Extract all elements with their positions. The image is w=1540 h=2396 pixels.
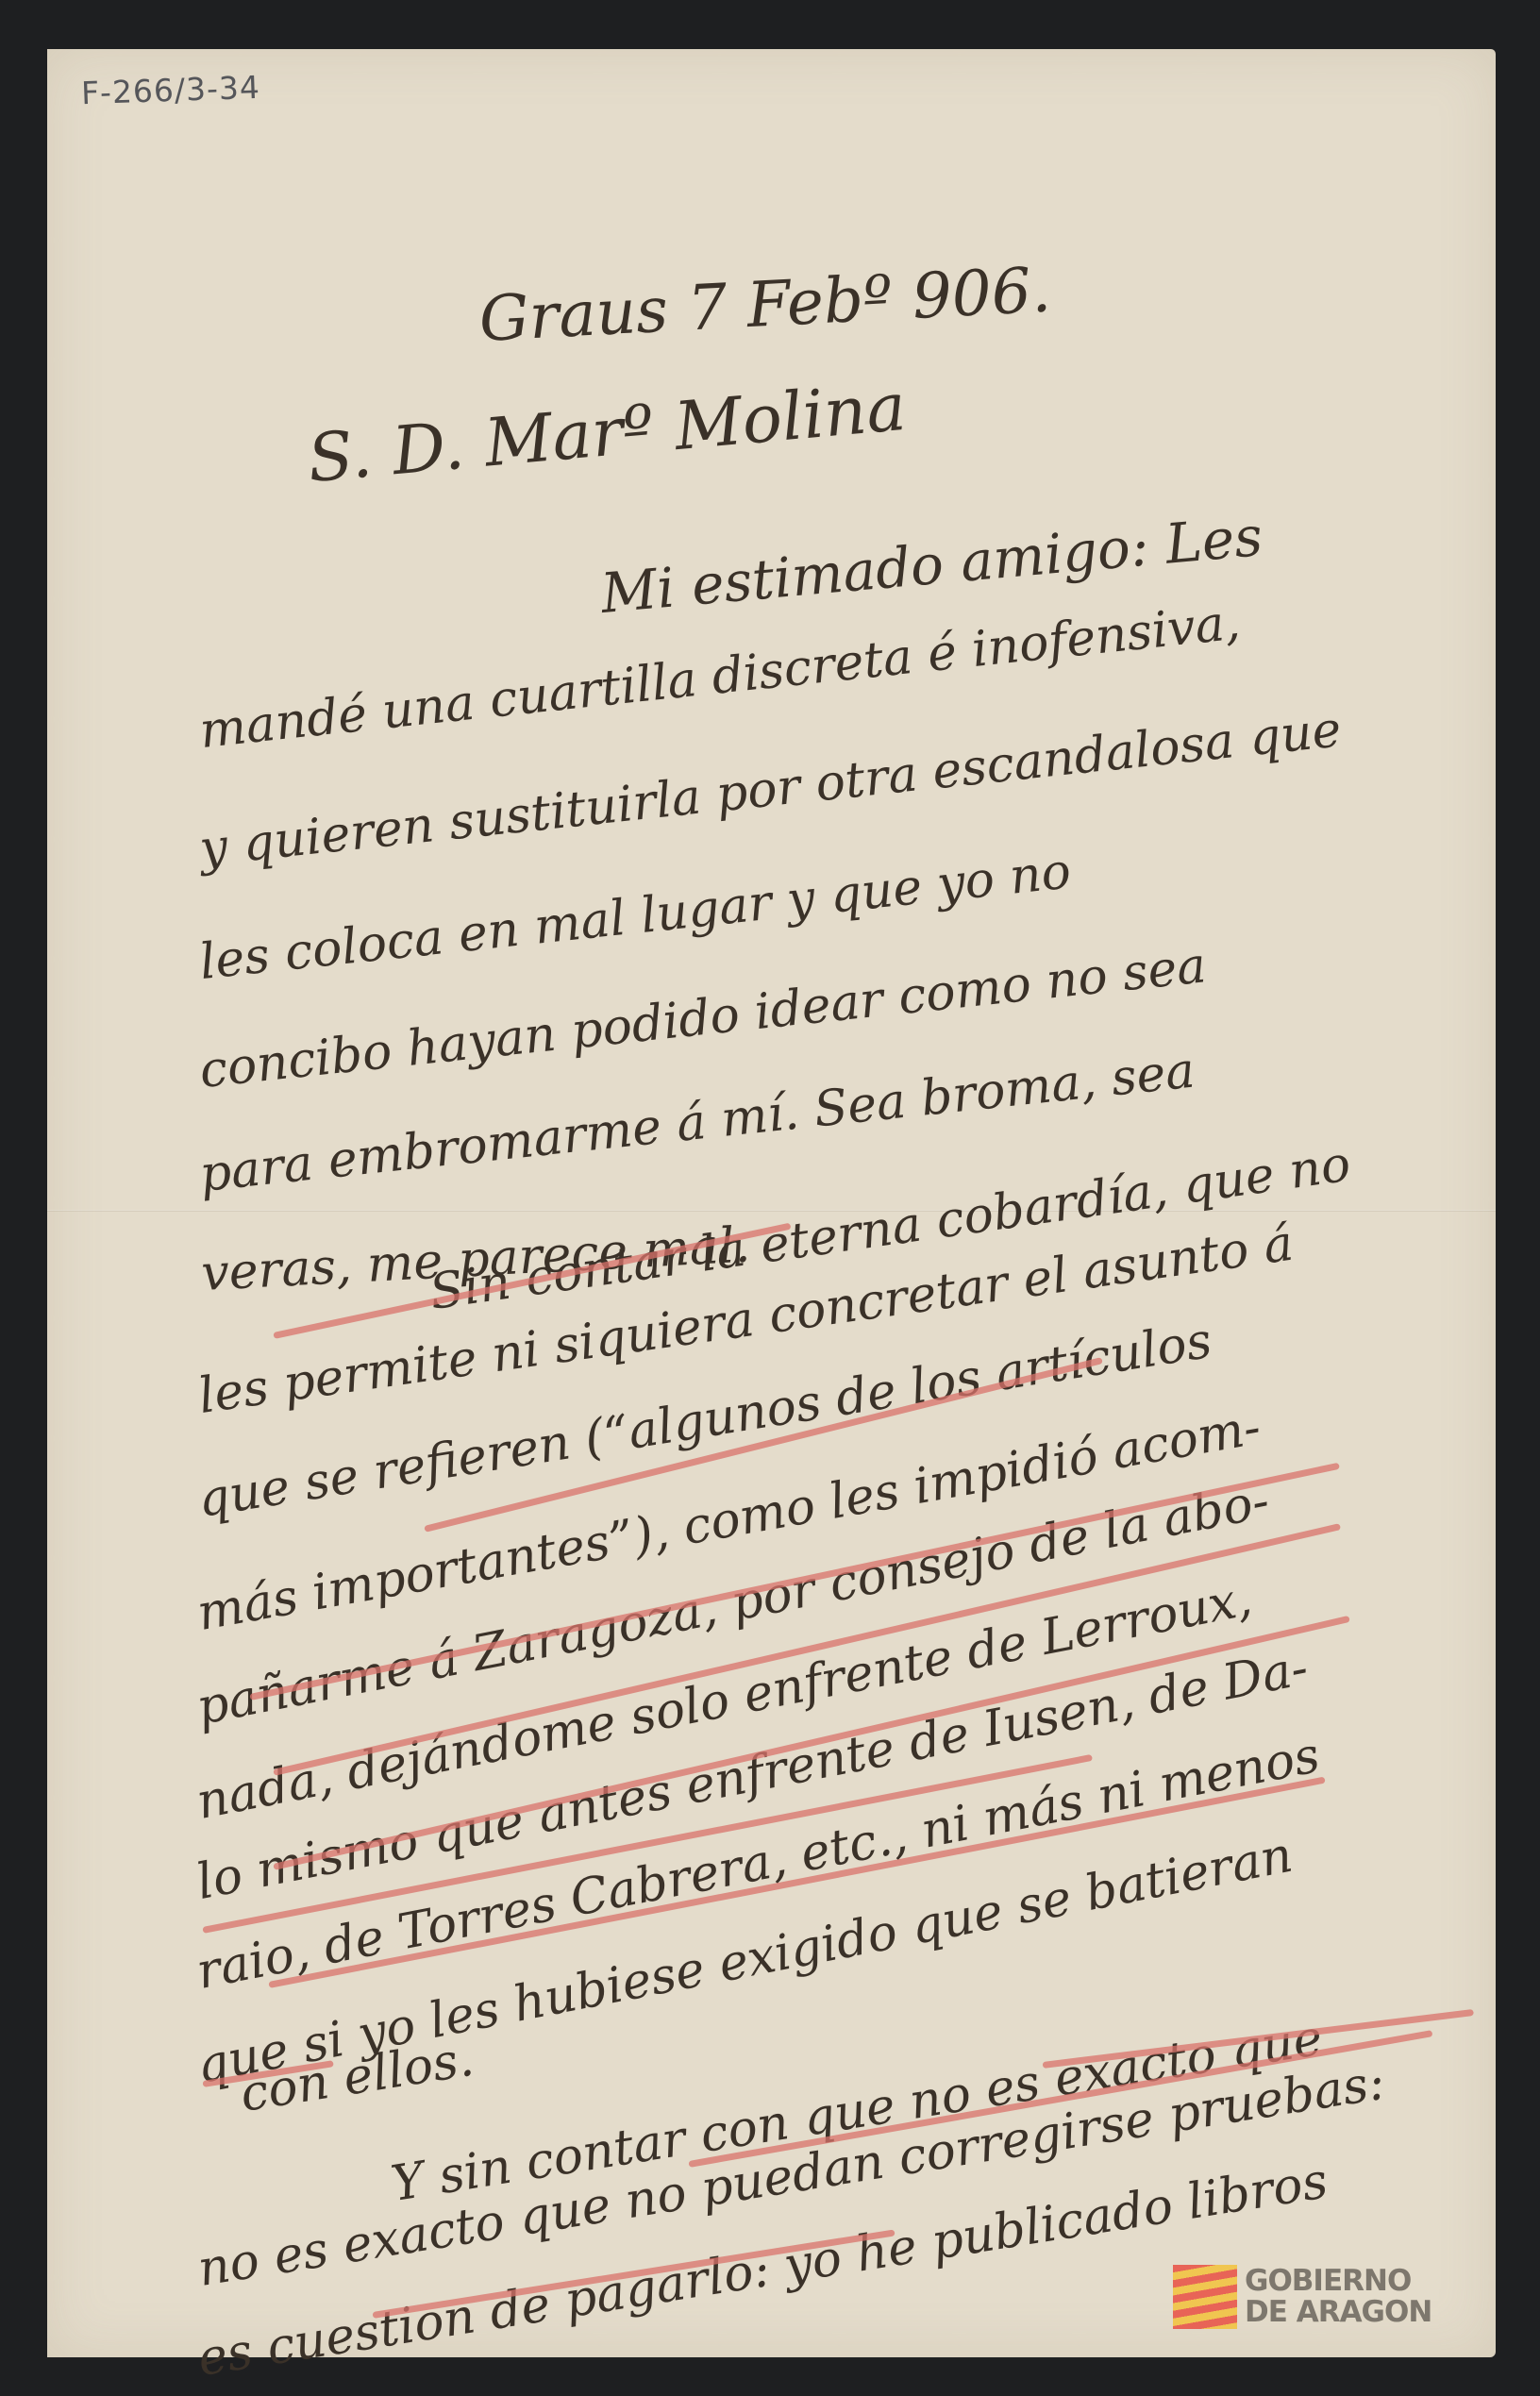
paper-fold-crease	[47, 1210, 1496, 1212]
logo-line-2: DE ARAGON	[1245, 2297, 1431, 2328]
logo-text: GOBIERNO DE ARAGON	[1245, 2266, 1431, 2328]
archive-reference: F-266/3-34	[80, 69, 260, 112]
logo-line-1: GOBIERNO	[1245, 2266, 1431, 2297]
gobierno-de-aragon-logo: GOBIERNO DE ARAGON	[1173, 2265, 1431, 2329]
aragon-flag-icon	[1173, 2265, 1237, 2329]
